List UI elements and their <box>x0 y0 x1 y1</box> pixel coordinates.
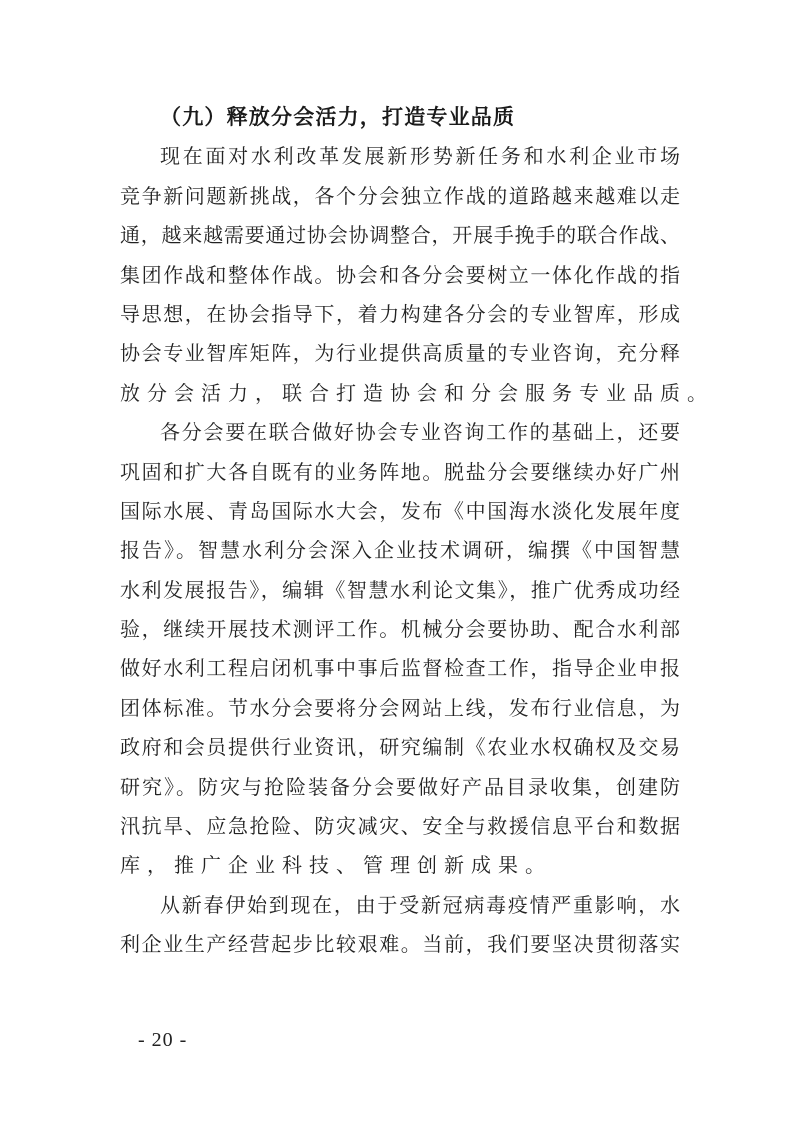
paragraph-2: 各分会要在联合做好协会专业咨询工作的基础上，还要 巩固和扩大各自既有的业务阵地。… <box>120 413 680 886</box>
text-line: 国际水展、青岛国际水大会，发布《中国海水淡化发展年度 <box>120 492 680 531</box>
text-line: 验，继续开展技术测评工作。机械分会要协助、配合水利部 <box>120 610 680 649</box>
text-line: 库，推广企业科技、管理创新成果。 <box>120 846 680 885</box>
text-line: 现在面对水利改革发展新形势新任务和水利企业市场 <box>120 137 680 176</box>
text-line: 研究》。防灾与抢险装备分会要做好产品目录收集，创建防 <box>120 768 680 807</box>
text-line: 集团作战和整体作战。协会和各分会要树立一体化作战的指 <box>120 256 680 295</box>
document-body: （九）释放分会活力，打造专业品质 现在面对水利改革发展新形势新任务和水利企业市场… <box>120 98 680 965</box>
text-line: 团体标准。节水分会要将分会网站上线，发布行业信息，为 <box>120 689 680 728</box>
text-line: 政府和会员提供行业资讯，研究编制《农业水权确权及交易 <box>120 728 680 767</box>
text-line: 从新春伊始到现在，由于受新冠病毒疫情严重影响，水 <box>120 886 680 925</box>
text-line: 协会专业智库矩阵，为行业提供高质量的专业咨询，充分释 <box>120 334 680 373</box>
page-number: - 20 - <box>138 1027 187 1053</box>
text-line: 竞争新问题新挑战，各个分会独立作战的道路越来越难以走 <box>120 177 680 216</box>
text-line: 利企业生产经营起步比较艰难。当前，我们要坚决贯彻落实 <box>120 925 680 964</box>
text-line: 报告》。智慧水利分会深入企业技术调研，编撰《中国智慧 <box>120 531 680 570</box>
paragraph-1: 现在面对水利改革发展新形势新任务和水利企业市场 竞争新问题新挑战，各个分会独立作… <box>120 137 680 413</box>
text-line: 水利发展报告》，编辑《智慧水利论文集》，推广优秀成功经 <box>120 571 680 610</box>
document-page: （九）释放分会活力，打造专业品质 现在面对水利改革发展新形势新任务和水利企业市场… <box>0 0 800 1131</box>
text-line: 汛抗旱、应急抢险、防灾减灾、安全与救援信息平台和数据 <box>120 807 680 846</box>
section-heading: （九）释放分会活力，打造专业品质 <box>120 98 680 137</box>
text-line: 通，越来越需要通过协会协调整合，开展手挽手的联合作战、 <box>120 216 680 255</box>
text-line: 放分会活力，联合打造协会和分会服务专业品质。 <box>120 374 680 413</box>
text-line: 导思想，在协会指导下，着力构建各分会的专业智库，形成 <box>120 295 680 334</box>
text-line: 巩固和扩大各自既有的业务阵地。脱盐分会要继续办好广州 <box>120 453 680 492</box>
paragraph-3: 从新春伊始到现在，由于受新冠病毒疫情严重影响，水 利企业生产经营起步比较艰难。当… <box>120 886 680 965</box>
text-line: 各分会要在联合做好协会专业咨询工作的基础上，还要 <box>120 413 680 452</box>
text-line: 做好水利工程启闭机事中事后监督检查工作，指导企业申报 <box>120 649 680 688</box>
